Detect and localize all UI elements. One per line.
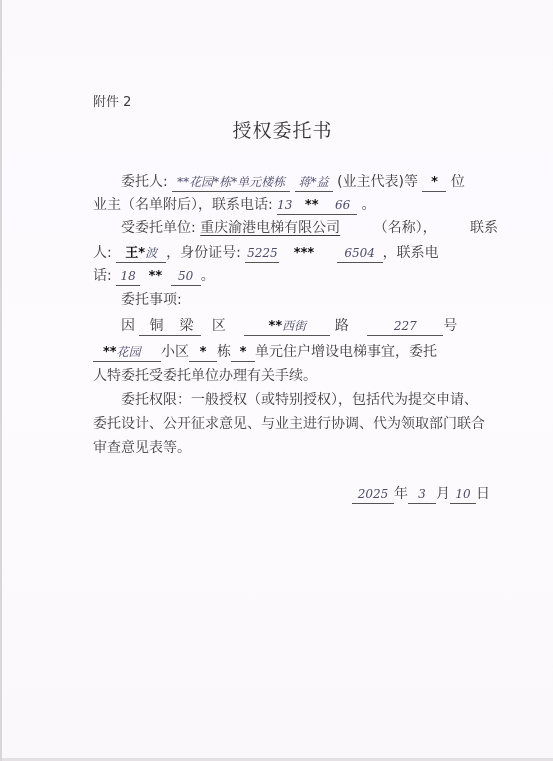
matters-heading: 委托事项:	[93, 290, 526, 310]
date-month-suffix: 月	[436, 486, 450, 502]
agent-company-suffix: （名称），	[374, 218, 437, 238]
matters-prefix: 因	[121, 318, 135, 334]
matters-line-2: **花园 小区*栋*单元住户增设电梯事宜，委托	[93, 342, 498, 362]
agent-contact-name-hw: 波	[145, 246, 157, 260]
matters-label: 委托事项:	[121, 292, 182, 308]
agent-period: 。	[201, 268, 215, 284]
matters-road-fill: **西街	[244, 318, 330, 336]
date-day: 10	[450, 486, 476, 504]
agent-phone-stars: **	[149, 269, 163, 284]
agent-phone-label-b: 话:	[93, 268, 112, 284]
agent-label: 受委托单位:	[121, 220, 196, 236]
matters-number-suffix: 号	[443, 318, 457, 334]
principal-phone-stars: **	[305, 198, 319, 213]
document-page: 附件 2 授权委托书 委托人: **花园*栋*单元楼栋 蒋*益 (业主代表)等 …	[0, 0, 553, 761]
matters-number-fill: 227	[367, 318, 443, 336]
matters-unit-fill: *	[231, 344, 255, 362]
agent-contact-label-a: 联系	[470, 218, 498, 238]
matters-community-hw: 花园	[117, 345, 141, 359]
principal-phone-b: 66	[335, 198, 350, 212]
matters-community-fill: **花园	[93, 344, 161, 362]
agent-contact-label-b: 人:	[93, 245, 112, 261]
principal-phone-fill: 13 ** 66	[277, 197, 357, 215]
agent-contact-name: 王*	[125, 246, 145, 261]
scope-line-1: 委托权限：一般授权（或特别授权），包括代为提交申请、	[93, 390, 526, 410]
agent-phone-label-a: ，联系电	[383, 245, 439, 261]
agent-id-stars: ***	[294, 246, 314, 261]
agent-company-name: 重庆渝港电梯有限公司	[200, 220, 340, 236]
agent-phone-b: 50	[171, 268, 201, 286]
agent-id-label: ，身份证号:	[166, 245, 241, 261]
matters-line-3: 人特委托受委托单位办理有关手续。	[93, 366, 498, 386]
matters-community-stars: **	[103, 345, 117, 360]
matters-road-suffix: 路	[335, 318, 349, 334]
date-day-suffix: 日	[476, 486, 490, 502]
matters-district-fill: 铜梁	[139, 318, 201, 336]
signature-date: 2025年3月10日	[352, 484, 502, 504]
matters-building-fill: *	[189, 344, 217, 362]
scope-line-3: 审查意见表等。	[93, 438, 498, 458]
agent-line-3: 话: 18 ** 50。	[93, 266, 498, 287]
principal-line-1: 委托人: **花园*栋*单元楼栋 蒋*益 (业主代表)等 * 位	[93, 172, 526, 192]
principal-phone-a: 13	[277, 198, 292, 212]
agent-id-a: 5225	[245, 245, 279, 263]
agent-line-2: 人: 王*波 ，身份证号: 5225 *** 6504，联系电	[93, 243, 498, 264]
principal-period: 。	[362, 197, 376, 213]
matters-road-stars: **	[269, 319, 283, 334]
agent-phone-a: 18	[116, 268, 140, 286]
matters-community-suffix: 小区	[161, 344, 189, 360]
matters-district-suffix: 区	[212, 318, 226, 334]
date-year-suffix: 年	[394, 486, 408, 502]
matters-unit-suffix: 单元住户增设电梯事宜，委托	[255, 344, 437, 360]
matters-road-hw: 西街	[282, 319, 306, 333]
attachment-label: 附件 2	[93, 91, 131, 110]
principal-count-fill: *	[422, 174, 446, 192]
principal-count-suffix: 位	[451, 174, 465, 190]
scope-line-2: 委托设计、公开征求意见、与业主进行协调、代为领取部门联合	[93, 414, 498, 434]
principal-building-fill: **花园*栋*单元楼栋	[172, 174, 290, 192]
date-month: 3	[408, 486, 436, 504]
agent-id-b: 6504	[337, 245, 383, 263]
principal-phone-label: 业主（名单附后），联系电话:	[93, 197, 273, 213]
agent-line-1: 受委托单位: 重庆渝港电梯有限公司 （名称）， 联系	[93, 218, 498, 238]
matters-building-suffix: 栋	[217, 344, 231, 360]
document-title: 授权委托书	[2, 116, 553, 143]
principal-rep-fill: 蒋*益	[295, 174, 333, 192]
agent-contact-fill: 王*波	[116, 245, 166, 263]
principal-line-2: 业主（名单附后），联系电话: 13 ** 66 。	[93, 195, 498, 215]
principal-rep-suffix: (业主代表)等	[337, 174, 418, 190]
matters-line-1: 因 铜梁 区 **西街 路 227号	[93, 316, 526, 336]
principal-label: 委托人:	[121, 174, 168, 190]
date-year: 2025	[352, 486, 394, 504]
